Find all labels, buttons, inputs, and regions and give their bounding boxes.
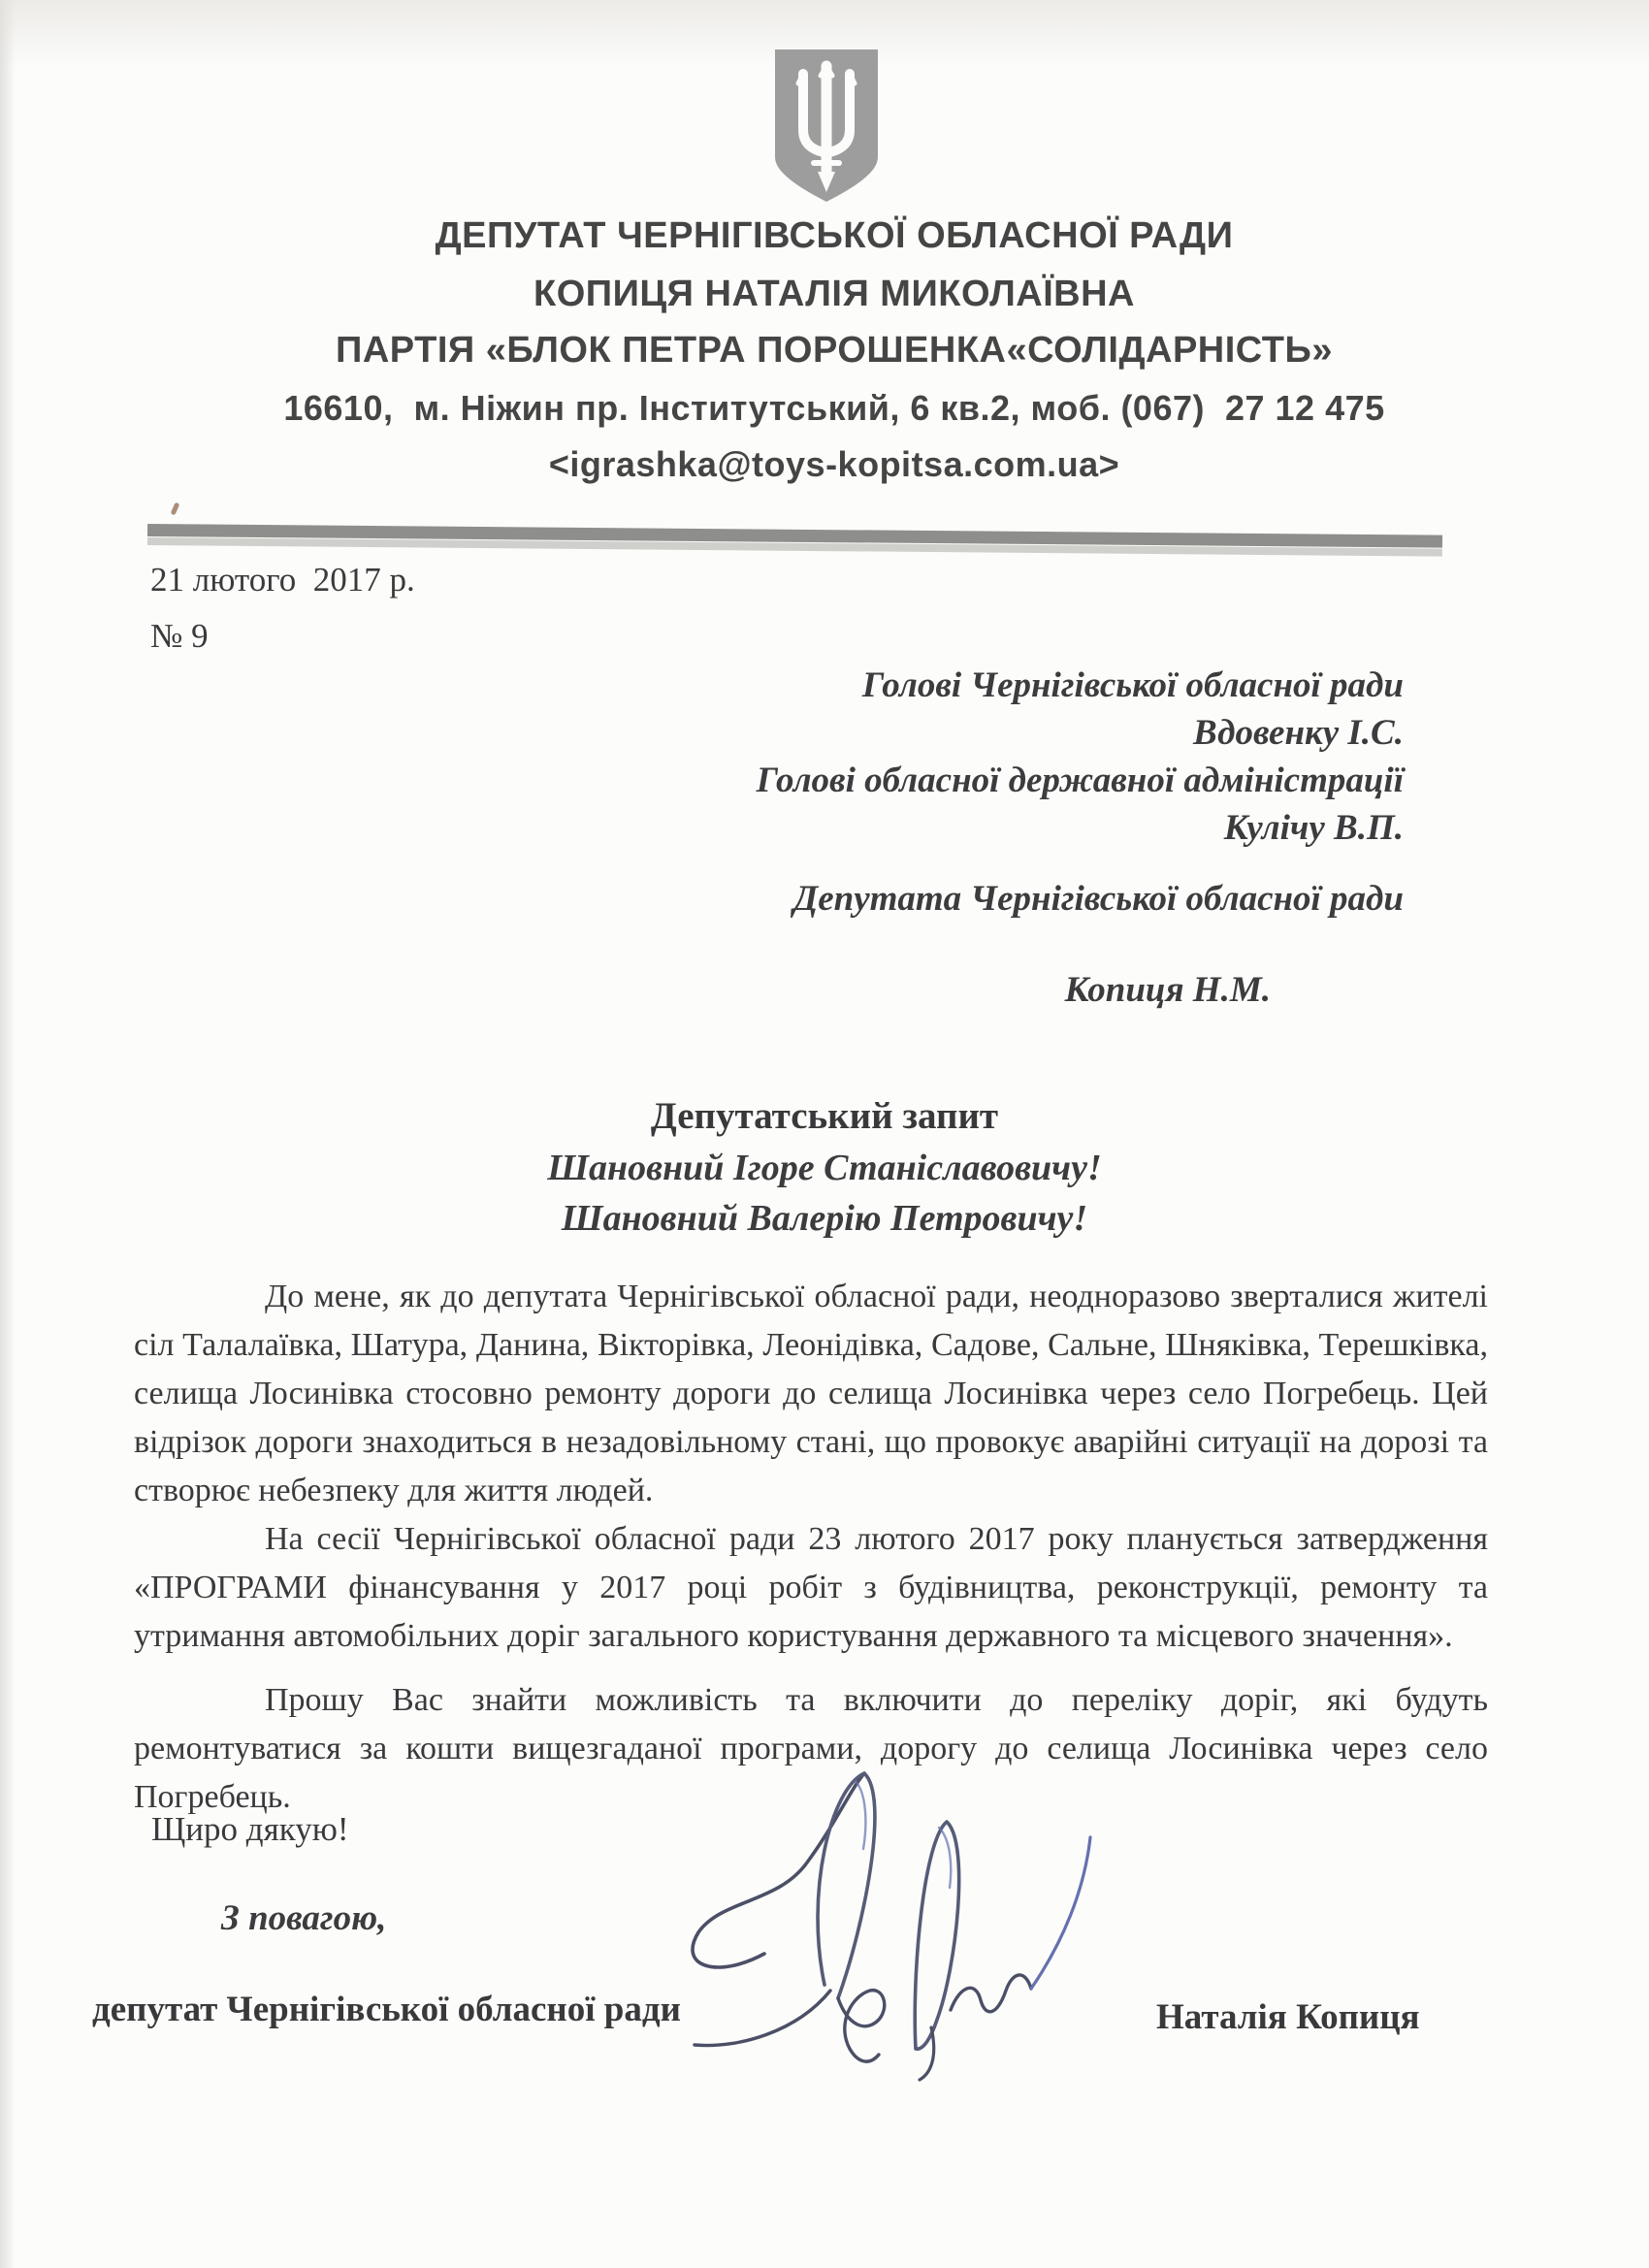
signer-name: Наталія Копиця <box>1156 1996 1420 2038</box>
letterhead-email: <igrashka@toys-kopitsa.com.ua> <box>10 444 1649 485</box>
letterhead-deputy-title: ДЕПУТАТ ЧЕРНІГІВСЬКОЇ ОБЛАСНОЇ РАДИ <box>10 215 1649 257</box>
recipient-block: Голові Чернігівської обласної ради Вдове… <box>337 662 1404 852</box>
coat-of-arms-icon <box>766 45 887 208</box>
letterhead-divider-rule <box>147 524 1442 557</box>
recipient-line: Голові Чернігівської обласної ради <box>337 662 1404 709</box>
recipient-line: Кулічу В.П. <box>337 804 1404 852</box>
sender-name: Копиця Н.М. <box>398 969 1271 1011</box>
signer-role: депутат Чернігівської обласної ради <box>92 1989 681 2030</box>
letter-number: № 9 <box>150 617 209 656</box>
letterhead-party: ПАРТІЯ «БЛОК ПЕТРА ПОРОШЕНКА«СОЛІДАРНІСТ… <box>10 330 1649 372</box>
letterhead-deputy-name: КОПИЦЯ НАТАЛІЯ МИКОЛАЇВНА <box>10 274 1649 315</box>
letterhead-address: 16610, м. Ніжин пр. Інститутський, 6 кв.… <box>10 388 1649 429</box>
body-paragraph: На сесії Чернігівської обласної ради 23 … <box>134 1515 1488 1661</box>
thanks-line: Щиро дякую! <box>151 1810 349 1849</box>
salutation: Шановний Ігоре Станіславовичу! <box>0 1147 1649 1189</box>
letter-date: 21 лютого 2017 р. <box>150 561 415 599</box>
scanned-letter-page: ДЕПУТАТ ЧЕРНІГІВСЬКОЇ ОБЛАСНОЇ РАДИ КОПИ… <box>0 0 1649 2268</box>
valediction-line: З повагою, <box>221 1897 386 1939</box>
body-paragraph: Прошу Вас знайти можливість та включити … <box>134 1676 1488 1822</box>
recipient-line: Голові обласної державної адміністрації <box>337 757 1404 804</box>
body-paragraph: До мене, як до депутата Чернігівської об… <box>134 1273 1488 1515</box>
letter-body: До мене, як до депутата Чернігівської об… <box>134 1273 1488 1822</box>
document-title: Депутатський запит <box>0 1094 1649 1138</box>
recipient-line: Вдовенку І.С. <box>337 709 1404 757</box>
salutation: Шановний Валерію Петровичу! <box>0 1197 1649 1240</box>
scan-speck-artifact <box>171 502 180 516</box>
sender-label: Депутата Чернігівської обласної ради <box>337 878 1404 920</box>
